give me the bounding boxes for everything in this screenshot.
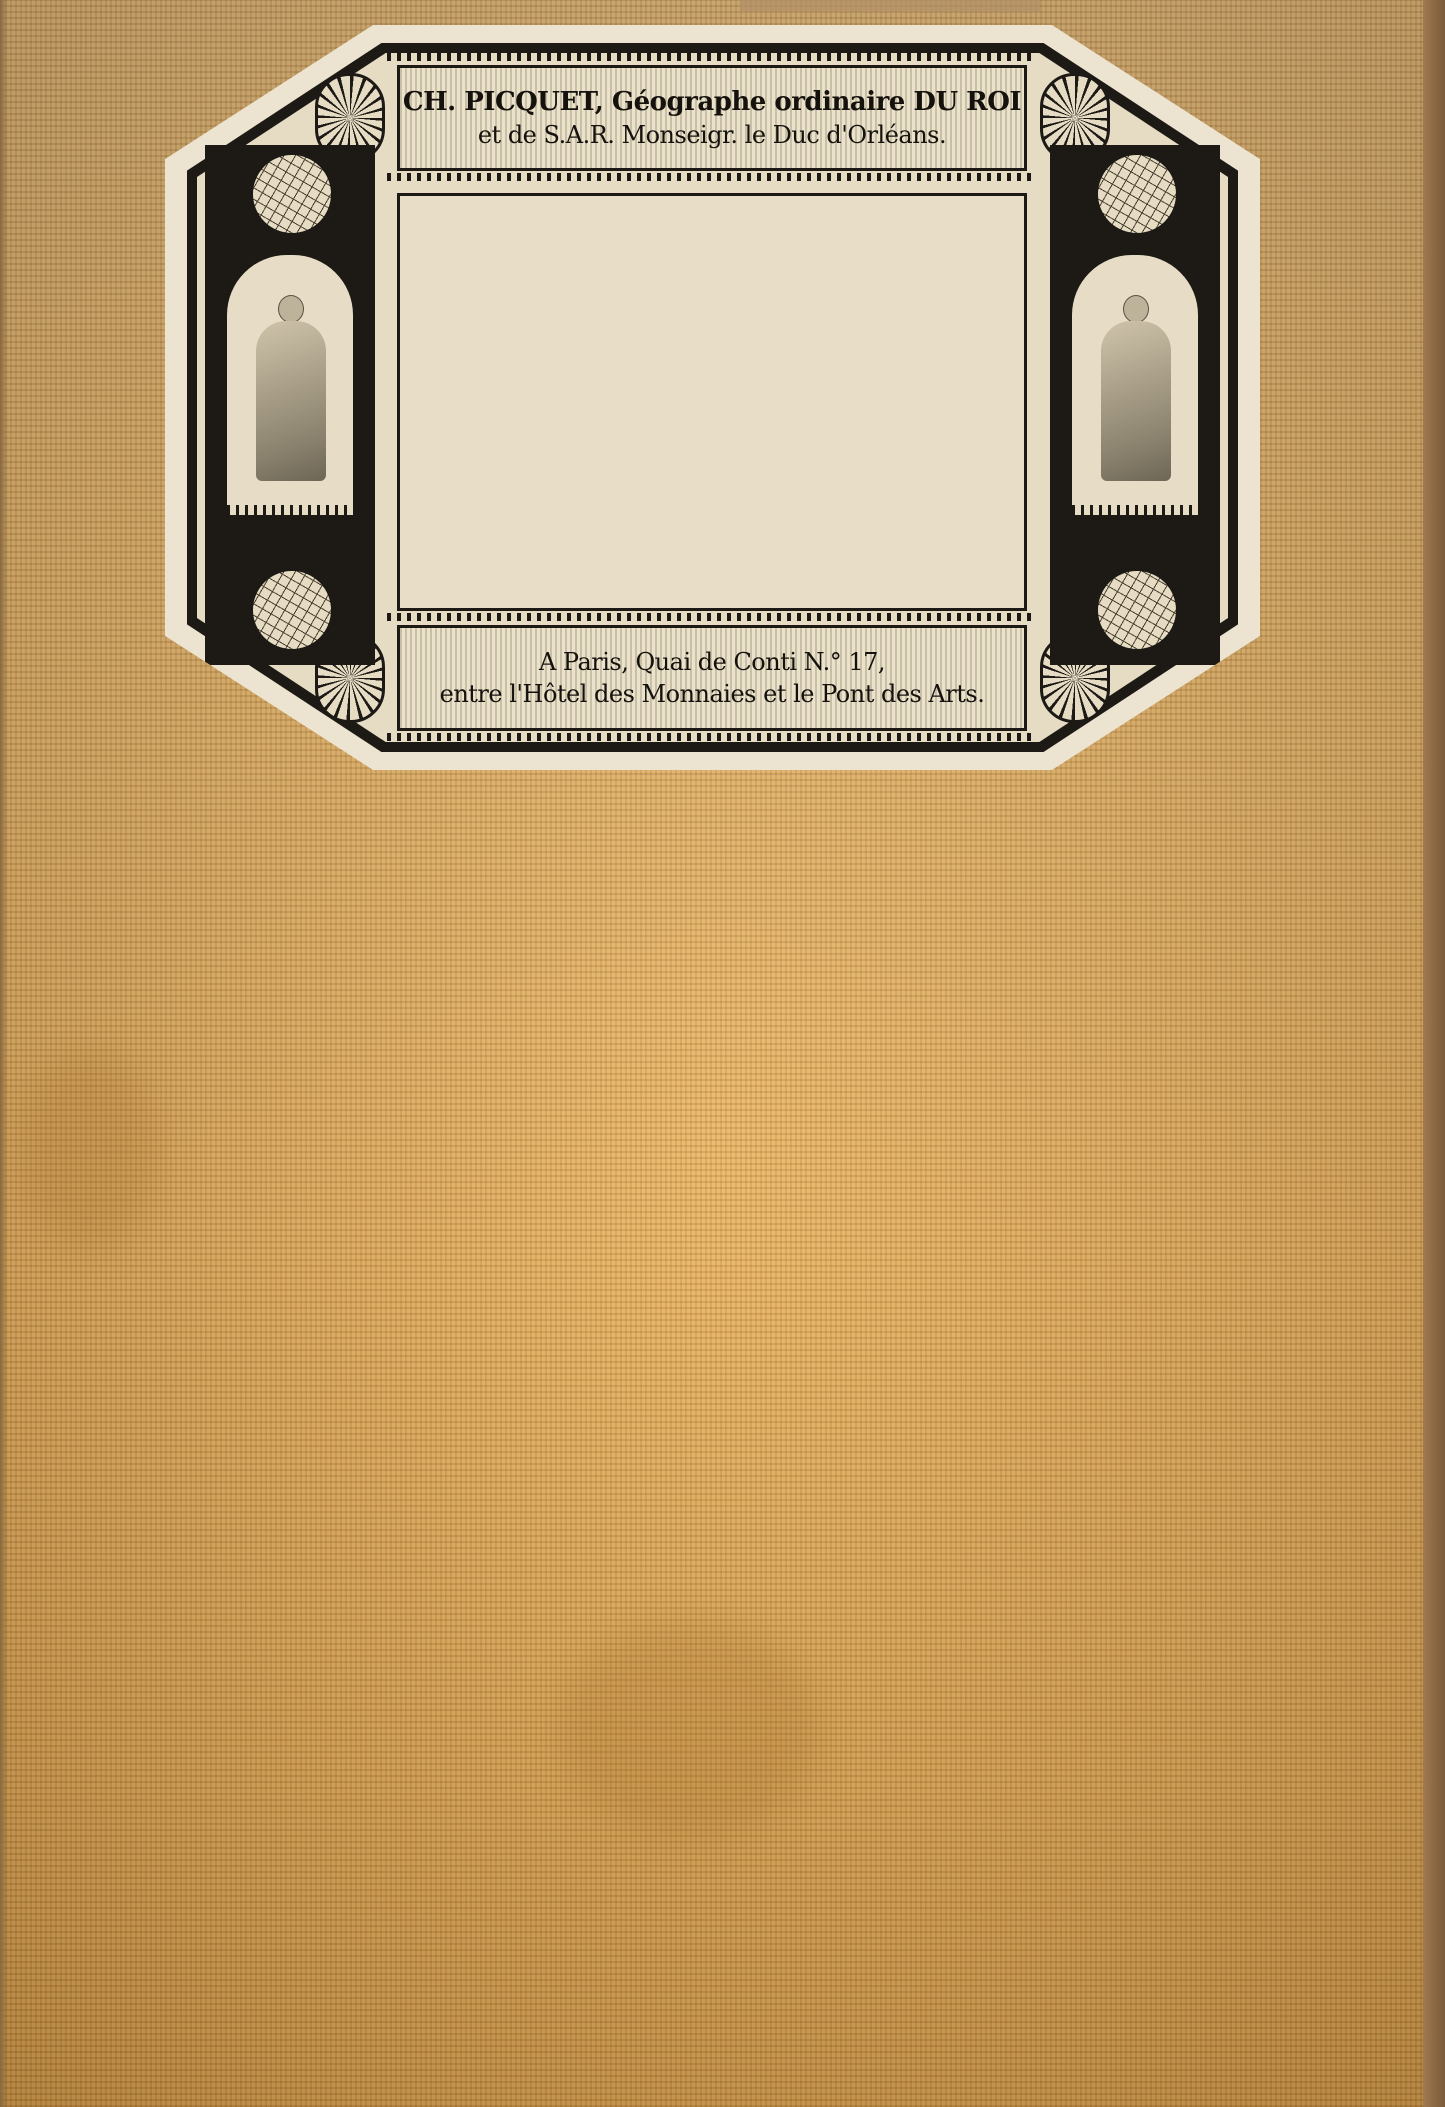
plinth <box>1072 505 1198 515</box>
dotted-border <box>387 613 1031 621</box>
publisher-name-line: CH. PICQUET, Géographe ordinaire DU ROI <box>403 85 1021 119</box>
figure-head <box>1123 295 1149 323</box>
globe-icon <box>251 153 333 235</box>
publisher-label: CH. PICQUET, Géographe ordinaire DU ROI … <box>165 25 1260 770</box>
cloth-stain <box>560 1620 820 1840</box>
globe-icon <box>1096 153 1178 235</box>
globe-icon <box>251 569 333 651</box>
figure-drapery <box>1101 321 1171 481</box>
dotted-border-top <box>387 53 1031 61</box>
left-ornamental-panel <box>205 145 375 665</box>
right-ornamental-panel <box>1050 145 1220 665</box>
seated-figure-globe <box>1095 295 1175 485</box>
label-title-banner: CH. PICQUET, Géographe ordinaire DU ROI … <box>397 65 1027 171</box>
label-address-banner: A Paris, Quai de Conti N.° 17, entre l'H… <box>397 625 1027 731</box>
spine-edge <box>1423 0 1445 2107</box>
top-page-edge <box>740 0 1040 12</box>
cover-left-edge <box>0 0 8 2107</box>
dotted-border <box>387 173 1031 181</box>
location-line: entre l'Hôtel des Monnaies et le Pont de… <box>440 678 985 710</box>
figure-drapery <box>256 321 326 481</box>
patron-line: et de S.A.R. Monseigr. le Duc d'Orléans. <box>478 119 946 151</box>
dotted-border-bottom <box>387 733 1031 741</box>
figure-head <box>278 295 304 323</box>
seated-figure-scroll <box>250 295 330 485</box>
globe-icon <box>1096 569 1178 651</box>
cloth-stain <box>20 1050 160 1250</box>
address-line: A Paris, Quai de Conti N.° 17, <box>539 646 885 678</box>
label-blank-field <box>397 193 1027 611</box>
plinth <box>227 505 353 515</box>
